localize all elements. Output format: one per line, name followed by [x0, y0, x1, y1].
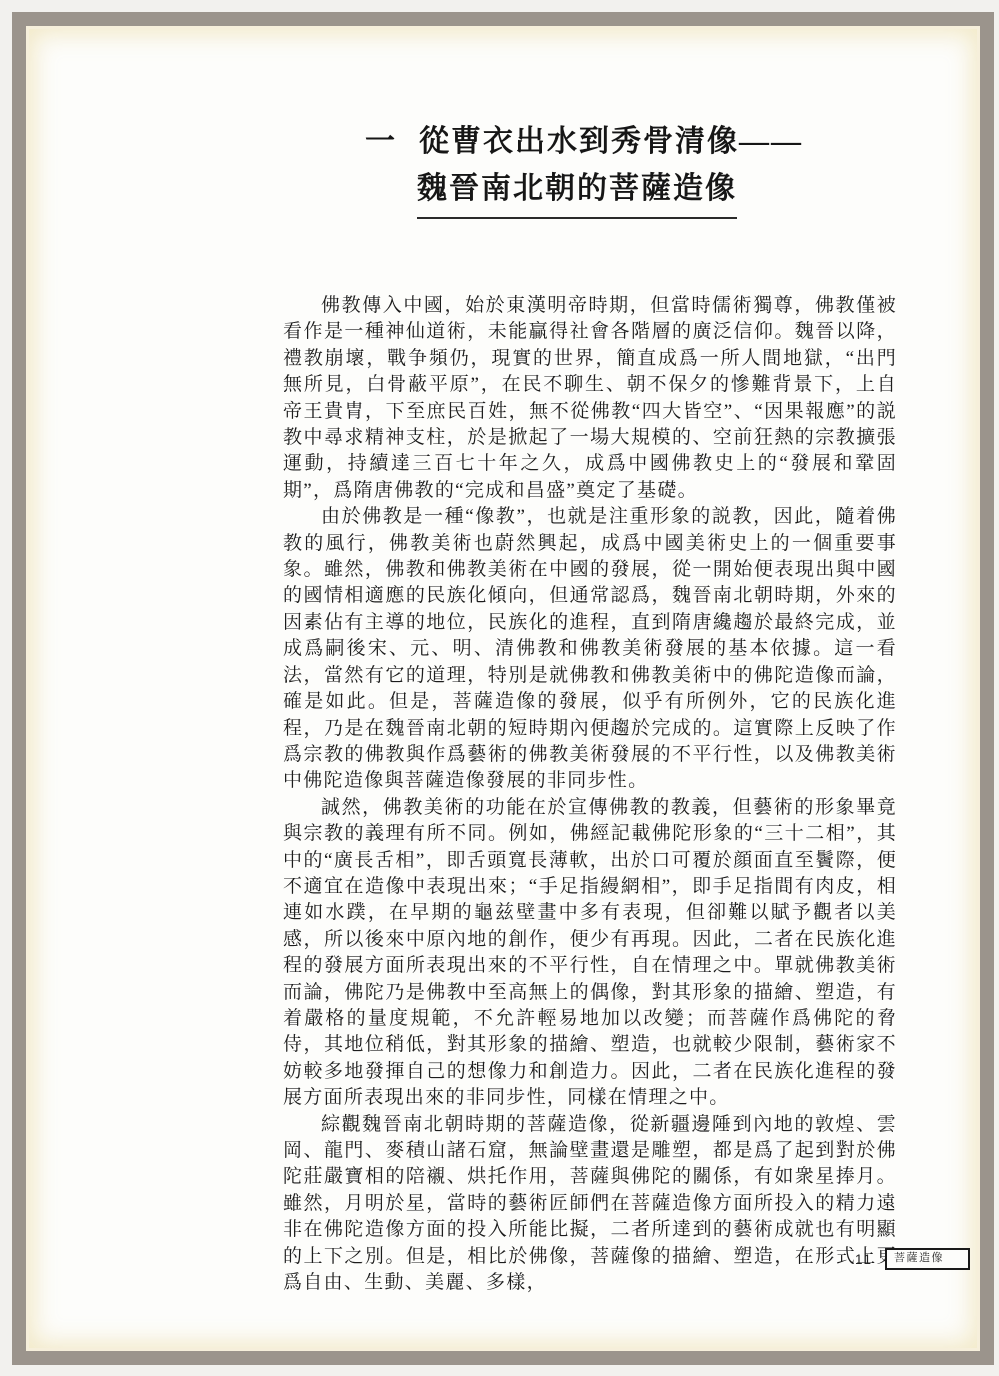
book-page: 一 從曹衣出水到秀骨清像—— 魏晉南北朝的菩薩造像 佛教傳入中國，始於東漢明帝時… — [26, 26, 980, 1351]
page-footer: 11 菩薩造像 — [855, 1248, 970, 1270]
running-title-tab: 菩薩造像 — [885, 1248, 970, 1270]
chapter-title: 一 從曹衣出水到秀骨清像—— 魏晉南北朝的菩薩造像 — [283, 118, 897, 219]
paragraph: 佛教傳入中國，始於東漢明帝時期，但當時儒術獨尊，佛教僅被看作是一種神仙道術，未能… — [283, 293, 897, 504]
chapter-title-line1: 一 從曹衣出水到秀骨清像—— — [283, 118, 897, 165]
chapter-title-text: 從曹衣出水到秀骨清像—— — [419, 118, 803, 165]
chapter-number: 一 — [365, 118, 397, 165]
paragraph: 綜觀魏晉南北朝時期的菩薩造像，從新疆邊陲到內地的敦煌、雲岡、龍門、麥積山諸石窟，… — [283, 1112, 897, 1297]
chapter-subtitle-wrap: 魏晉南北朝的菩薩造像 — [417, 165, 897, 219]
paragraph: 由於佛教是一種“像教”，也就是注重形象的説教，因此，隨着佛教的風行，佛教美術也蔚… — [283, 504, 897, 794]
scan-border-frame: 一 從曹衣出水到秀骨清像—— 魏晉南北朝的菩薩造像 佛教傳入中國，始於東漢明帝時… — [12, 12, 994, 1365]
body-text: 佛教傳入中國，始於東漢明帝時期，但當時儒術獨尊，佛教僅被看作是一種神仙道術，未能… — [283, 293, 897, 1296]
page-number: 11 — [855, 1252, 873, 1267]
paragraph: 誠然，佛教美術的功能在於宣傳佛教的教義，但藝術的形象畢竟與宗教的義理有所不同。例… — [283, 795, 897, 1112]
page-content-column: 一 從曹衣出水到秀骨清像—— 魏晉南北朝的菩薩造像 佛教傳入中國，始於東漢明帝時… — [283, 26, 897, 1296]
chapter-subtitle-underlined: 魏晉南北朝的菩薩造像 — [417, 165, 737, 219]
